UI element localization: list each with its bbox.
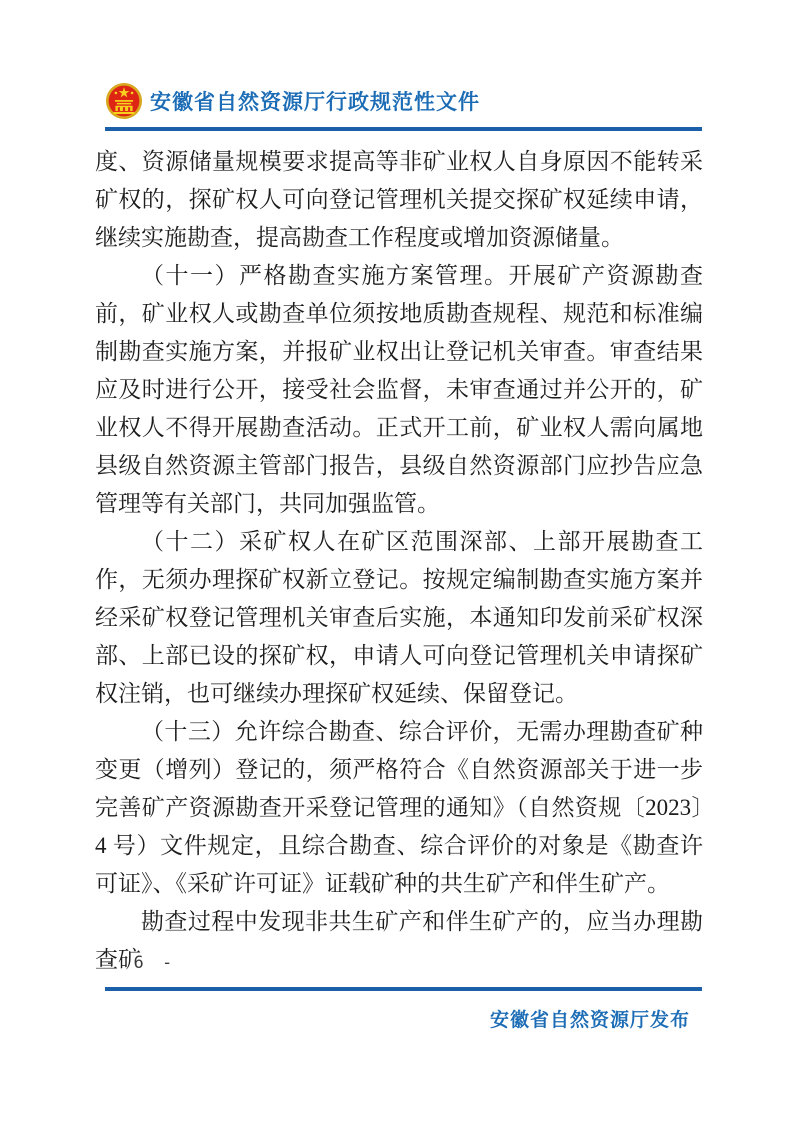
paragraph-item-11: （十一）严格勘查实施方案管理。开展矿产资源勘查前，矿业权人或勘查单位须按地质勘查… (95, 257, 703, 523)
document-body: 度、资源储量规模要求提高等非矿业权人自身原因不能转采矿权的，探矿权人可向登记管理… (95, 143, 703, 979)
footer-divider (105, 987, 702, 991)
document-page: 安徽省自然资源厅行政规范性文件 度、资源储量规模要求提高等非矿业权人自身原因不能… (0, 0, 794, 1122)
document-type-title: 安徽省自然资源厅行政规范性文件 (150, 86, 480, 116)
paragraph-last: 勘查过程中发现非共生矿产和伴生矿产的，应当办理勘查矿 (95, 903, 703, 979)
document-header: 安徽省自然资源厅行政规范性文件 (105, 82, 480, 120)
paragraph-continuation: 度、资源储量规模要求提高等非矿业权人自身原因不能转采矿权的，探矿权人可向登记管理… (95, 143, 703, 257)
paragraph-item-13: （十三）允许综合勘查、综合评价，无需办理勘查矿种变更（增列）登记的，须严格符合《… (95, 713, 703, 903)
paragraph-item-12: （十二）采矿权人在矿区范围深部、上部开展勘查工作，无须办理探矿权新立登记。按规定… (95, 523, 703, 713)
header-divider (105, 127, 702, 131)
china-national-emblem-icon (105, 82, 143, 120)
publisher-label: 安徽省自然资源厅发布 (490, 1005, 690, 1032)
page-number: - 6 - (105, 953, 176, 973)
